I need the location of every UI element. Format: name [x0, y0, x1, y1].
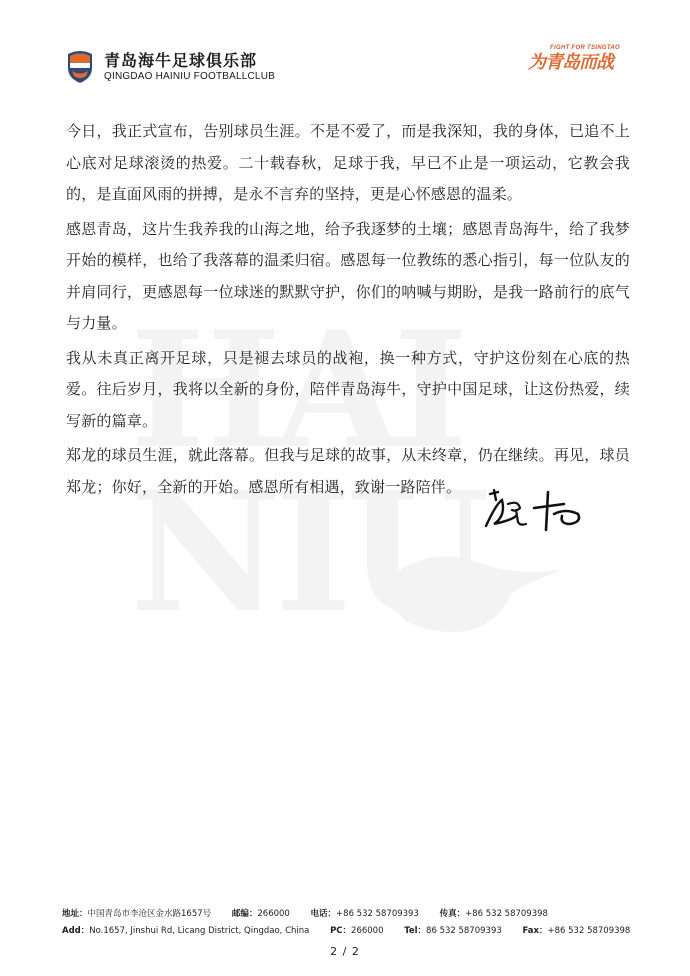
letterhead: 青岛海牛足球俱乐部 QINGDAO HAINIU FOOTBALLCLUB — [66, 46, 275, 88]
address-label: 地址： — [62, 909, 88, 919]
footer-contact-chinese: 地址：中国青岛市李沧区金水路1657号 邮编：266000 电话：+86 532… — [62, 906, 630, 923]
address-value: 中国青岛市李沧区金水路1657号 — [88, 909, 212, 919]
tel-label: Tel： — [404, 926, 426, 936]
bull-silhouette-icon — [370, 550, 570, 640]
fax-label: 传真： — [440, 909, 466, 919]
postcode-value: 266000 — [351, 926, 383, 936]
paragraph: 感恩青岛，这片生我养我的山海之地，给予我逐梦的土壤；感恩青岛海牛，给了我梦开始的… — [66, 214, 630, 340]
club-crest-icon — [66, 50, 94, 84]
tel-value: +86 532 58709393 — [336, 909, 419, 919]
tel-value: 86 532 58709393 — [426, 926, 502, 936]
tel-label: 电话： — [311, 909, 337, 919]
slogan-logo: FIGHT FOR TSINGTAO 为青岛而战 — [528, 44, 626, 76]
paragraph: 我从未真正离开足球，只是褪去球员的战袍，换一种方式，守护这份刻在心底的热爱。往后… — [66, 343, 630, 438]
club-name-chinese: 青岛海牛足球俱乐部 — [104, 51, 275, 71]
postcode-value: 266000 — [257, 909, 289, 919]
address-value: No.1657, Jinshui Rd, Licang District, Qi… — [89, 926, 309, 936]
letter-footer: 地址：中国青岛市李沧区金水路1657号 邮编：266000 电话：+86 532… — [62, 906, 630, 940]
letter-page: HAI NIU 青岛海牛足球俱乐部 QINGDAO HAINIU FOOTBAL… — [0, 0, 690, 976]
handwritten-signature — [482, 486, 592, 536]
paragraph: 今日，我正式宣布，告别球员生涯。不是不爱了，而是我深知，我的身体，已追不上心底对… — [66, 116, 630, 211]
address-label: Add： — [62, 926, 89, 936]
fax-value: +86 532 58709398 — [548, 926, 631, 936]
fax-label: Fax： — [522, 926, 547, 936]
footer-contact-english: Add：No.1657, Jinshui Rd, Licang District… — [62, 923, 630, 940]
fax-value: +86 532 58709398 — [465, 909, 548, 919]
club-name-english: QINGDAO HAINIU FOOTBALLCLUB — [104, 71, 275, 83]
slogan-english: FIGHT FOR TSINGTAO — [550, 45, 620, 51]
postcode-label: 邮编： — [232, 909, 258, 919]
slogan-chinese: 为青岛而战 — [528, 52, 613, 74]
postcode-label: PC： — [330, 926, 351, 936]
letter-body: 今日，我正式宣布，告别球员生涯。不是不爱了，而是我深知，我的身体，已追不上心底对… — [66, 116, 630, 506]
page-indicator: 2 / 2 — [0, 945, 690, 958]
